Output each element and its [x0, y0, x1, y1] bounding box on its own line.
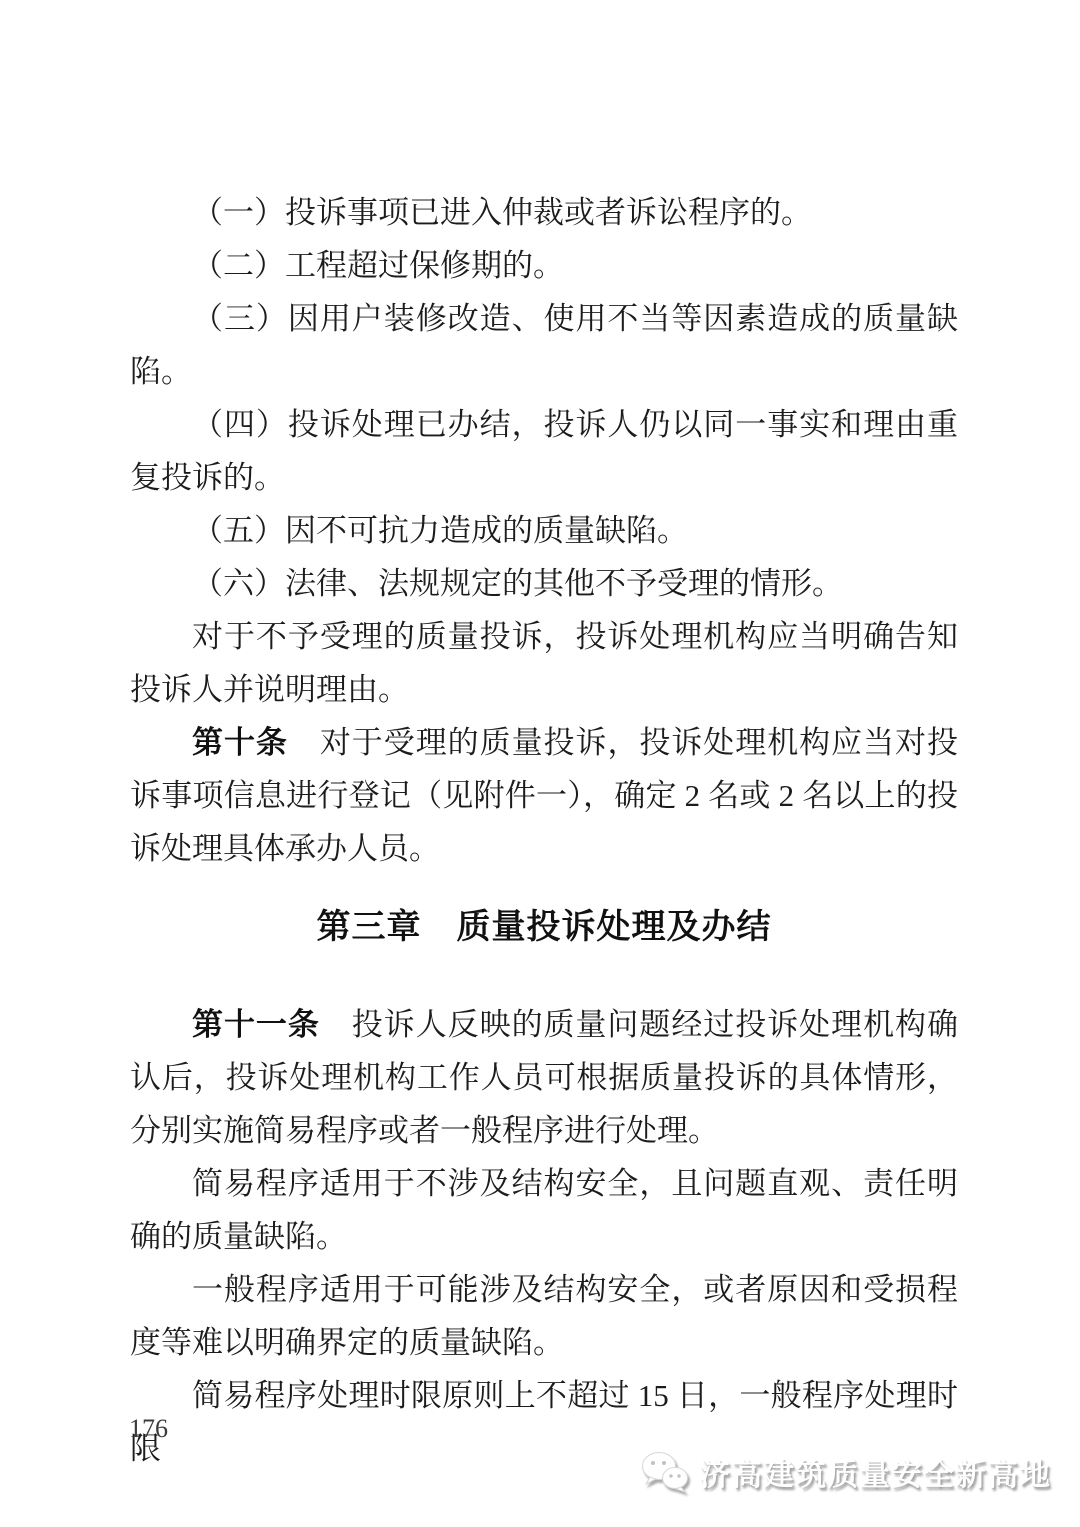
paragraph-text: （五）因不可抗力造成的质量缺陷。 — [192, 513, 688, 548]
watermark-text: 济高建筑质量安全新高地 — [700, 1450, 1052, 1494]
paragraph-text: （四）投诉处理已办结，投诉人仍以同一事实和理由重复投诉的。 — [130, 407, 958, 495]
paragraph-text: （六）法律、法规规定的其他不予受理的情形。 — [192, 566, 843, 601]
paragraph: 对于不予受理的质量投诉，投诉处理机构应当明确告知投诉人并说明理由。 — [130, 610, 958, 716]
paragraph: （五）因不可抗力造成的质量缺陷。 — [130, 504, 958, 557]
paragraph-text: （二）工程超过保修期的。 — [192, 248, 564, 283]
document-page: （一）投诉事项已进入仲裁或者诉讼程序的。（二）工程超过保修期的。（三）因用户装修… — [0, 0, 1080, 1527]
paragraph: （四）投诉处理已办结，投诉人仍以同一事实和理由重复投诉的。 — [130, 398, 958, 504]
paragraph: （三）因用户装修改造、使用不当等因素造成的质量缺陷。 — [130, 292, 958, 398]
paragraph-text: 简易程序适用于不涉及结构安全，且问题直观、责任明确的质量缺陷。 — [130, 1166, 958, 1254]
watermark: 济高建筑质量安全新高地 — [640, 1450, 1052, 1494]
page-number: 176 — [129, 1413, 168, 1445]
paragraph: 简易程序适用于不涉及结构安全，且问题直观、责任明确的质量缺陷。 — [130, 1157, 958, 1263]
paragraph-text: 对于不予受理的质量投诉，投诉处理机构应当明确告知投诉人并说明理由。 — [130, 619, 958, 707]
paragraph-text: 一般程序适用于可能涉及结构安全，或者原因和受损程度等难以明确界定的质量缺陷。 — [130, 1272, 958, 1360]
paragraph: 第十条 对于受理的质量投诉，投诉处理机构应当对投诉事项信息进行登记（见附件一），… — [130, 716, 958, 875]
article-number: 第十一条 — [192, 1007, 320, 1042]
paragraph-text: （一）投诉事项已进入仲裁或者诉讼程序的。 — [192, 195, 812, 230]
paragraph-text: （三）因用户装修改造、使用不当等因素造成的质量缺陷。 — [130, 301, 958, 389]
wechat-icon — [640, 1451, 690, 1493]
paragraph: 一般程序适用于可能涉及结构安全，或者原因和受损程度等难以明确界定的质量缺陷。 — [130, 1263, 958, 1369]
paragraph: 第十一条 投诉人反映的质量问题经过投诉处理机构确认后，投诉处理机构工作人员可根据… — [130, 998, 958, 1157]
paragraph: （六）法律、法规规定的其他不予受理的情形。 — [130, 557, 958, 610]
document-body: （一）投诉事项已进入仲裁或者诉讼程序的。（二）工程超过保修期的。（三）因用户装修… — [130, 186, 958, 1475]
paragraph: （一）投诉事项已进入仲裁或者诉讼程序的。 — [130, 186, 958, 239]
article-number: 第十条 — [192, 725, 288, 760]
paragraph: （二）工程超过保修期的。 — [130, 239, 958, 292]
chapter-heading: 第三章 质量投诉处理及办结 — [130, 901, 958, 954]
